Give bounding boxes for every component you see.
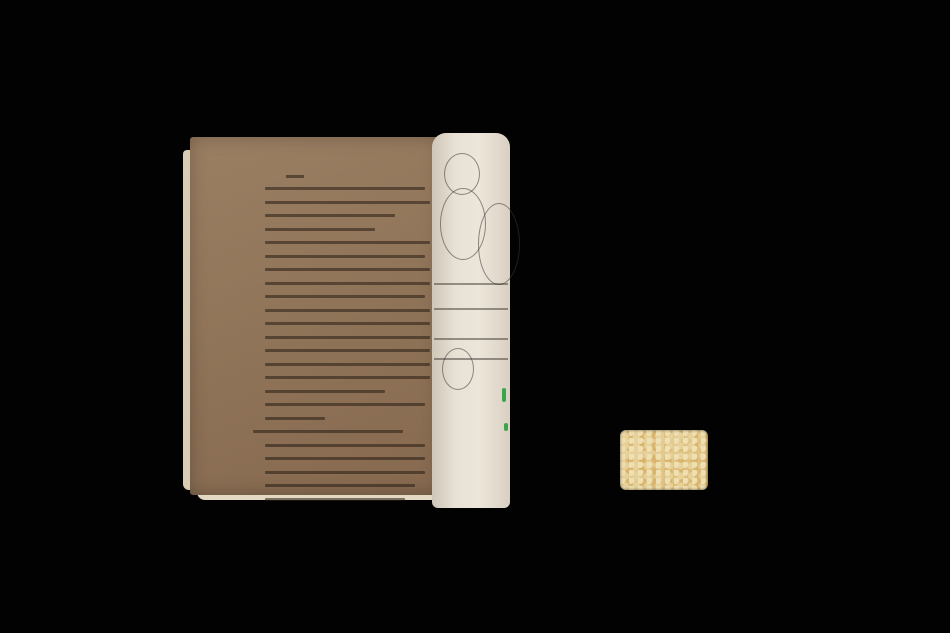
photo-scene: [0, 0, 950, 633]
sketch-figure: [442, 348, 474, 390]
booklet-text-page: [190, 137, 440, 495]
rice-cake: [620, 430, 708, 490]
sketch-face-2: [478, 203, 520, 285]
typed-khmer-text: [265, 177, 437, 511]
rolled-illustrated-page: [432, 133, 510, 508]
